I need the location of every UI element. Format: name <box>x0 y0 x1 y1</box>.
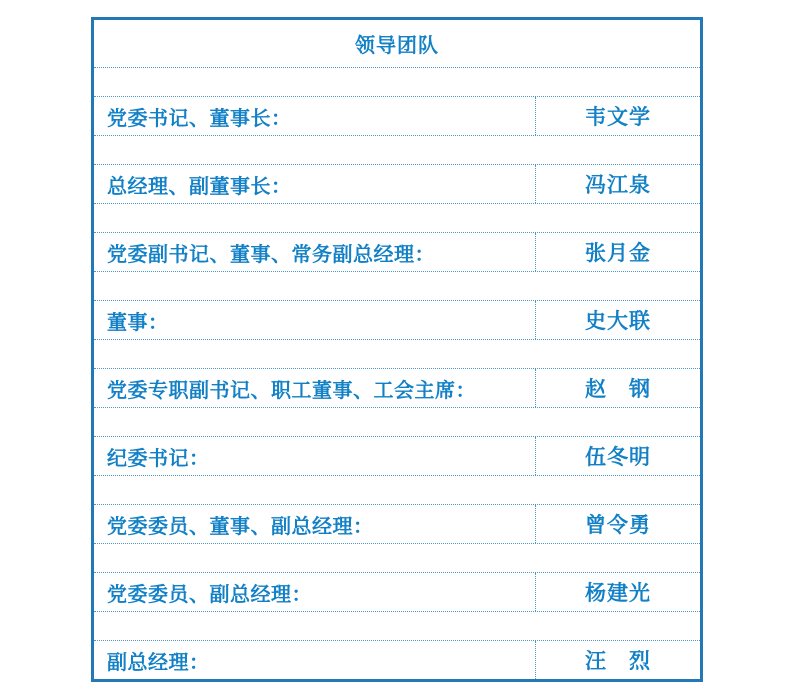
table-row: 党委委员、董事、副总经理： 曾令勇 <box>94 504 700 543</box>
table-title: 领导团队 <box>355 29 439 58</box>
spacer-row <box>94 475 700 504</box>
table-row: 副总经理： 汪 烈 <box>94 640 700 679</box>
row-name: 赵 钢 <box>535 369 700 407</box>
row-name: 冯江泉 <box>535 165 700 203</box>
spacer-row <box>94 339 700 368</box>
row-title: 党委委员、副总经理： <box>94 573 535 611</box>
spacer-row <box>94 407 700 436</box>
table-row: 总经理、副董事长： 冯江泉 <box>94 164 700 203</box>
row-title: 总经理、副董事长： <box>94 165 535 203</box>
row-name: 韦文学 <box>535 97 700 135</box>
table-row: 党委书记、董事长： 韦文学 <box>94 96 700 135</box>
spacer-row <box>94 135 700 164</box>
row-name: 伍冬明 <box>535 437 700 475</box>
row-title: 党委副书记、董事、常务副总经理： <box>94 233 535 271</box>
spacer-row <box>94 611 700 640</box>
spacer-row <box>94 203 700 232</box>
row-title: 副总经理： <box>94 641 535 679</box>
row-title: 董事： <box>94 301 535 339</box>
spacer-row <box>94 67 700 96</box>
row-name: 汪 烈 <box>535 641 700 679</box>
row-title: 党委专职副书记、职工董事、工会主席： <box>94 369 535 407</box>
spacer-row <box>94 271 700 300</box>
table-row: 党委专职副书记、职工董事、工会主席： 赵 钢 <box>94 368 700 407</box>
row-title: 纪委书记： <box>94 437 535 475</box>
table-row: 党委副书记、董事、常务副总经理： 张月金 <box>94 232 700 271</box>
leadership-table: 领导团队 党委书记、董事长： 韦文学 总经理、副董事长： 冯江泉 党委副书记、董… <box>91 17 703 682</box>
table-row: 党委委员、副总经理： 杨建光 <box>94 572 700 611</box>
table-title-row: 领导团队 <box>94 20 700 67</box>
row-name: 曾令勇 <box>535 505 700 543</box>
row-name: 张月金 <box>535 233 700 271</box>
page: { "table": { "title": "领导团队", "colors": … <box>0 0 795 698</box>
row-title: 党委委员、董事、副总经理： <box>94 505 535 543</box>
row-title: 党委书记、董事长： <box>94 97 535 135</box>
spacer-row <box>94 543 700 572</box>
row-name: 史大联 <box>535 301 700 339</box>
table-row: 董事： 史大联 <box>94 300 700 339</box>
row-name: 杨建光 <box>535 573 700 611</box>
table-row: 纪委书记： 伍冬明 <box>94 436 700 475</box>
